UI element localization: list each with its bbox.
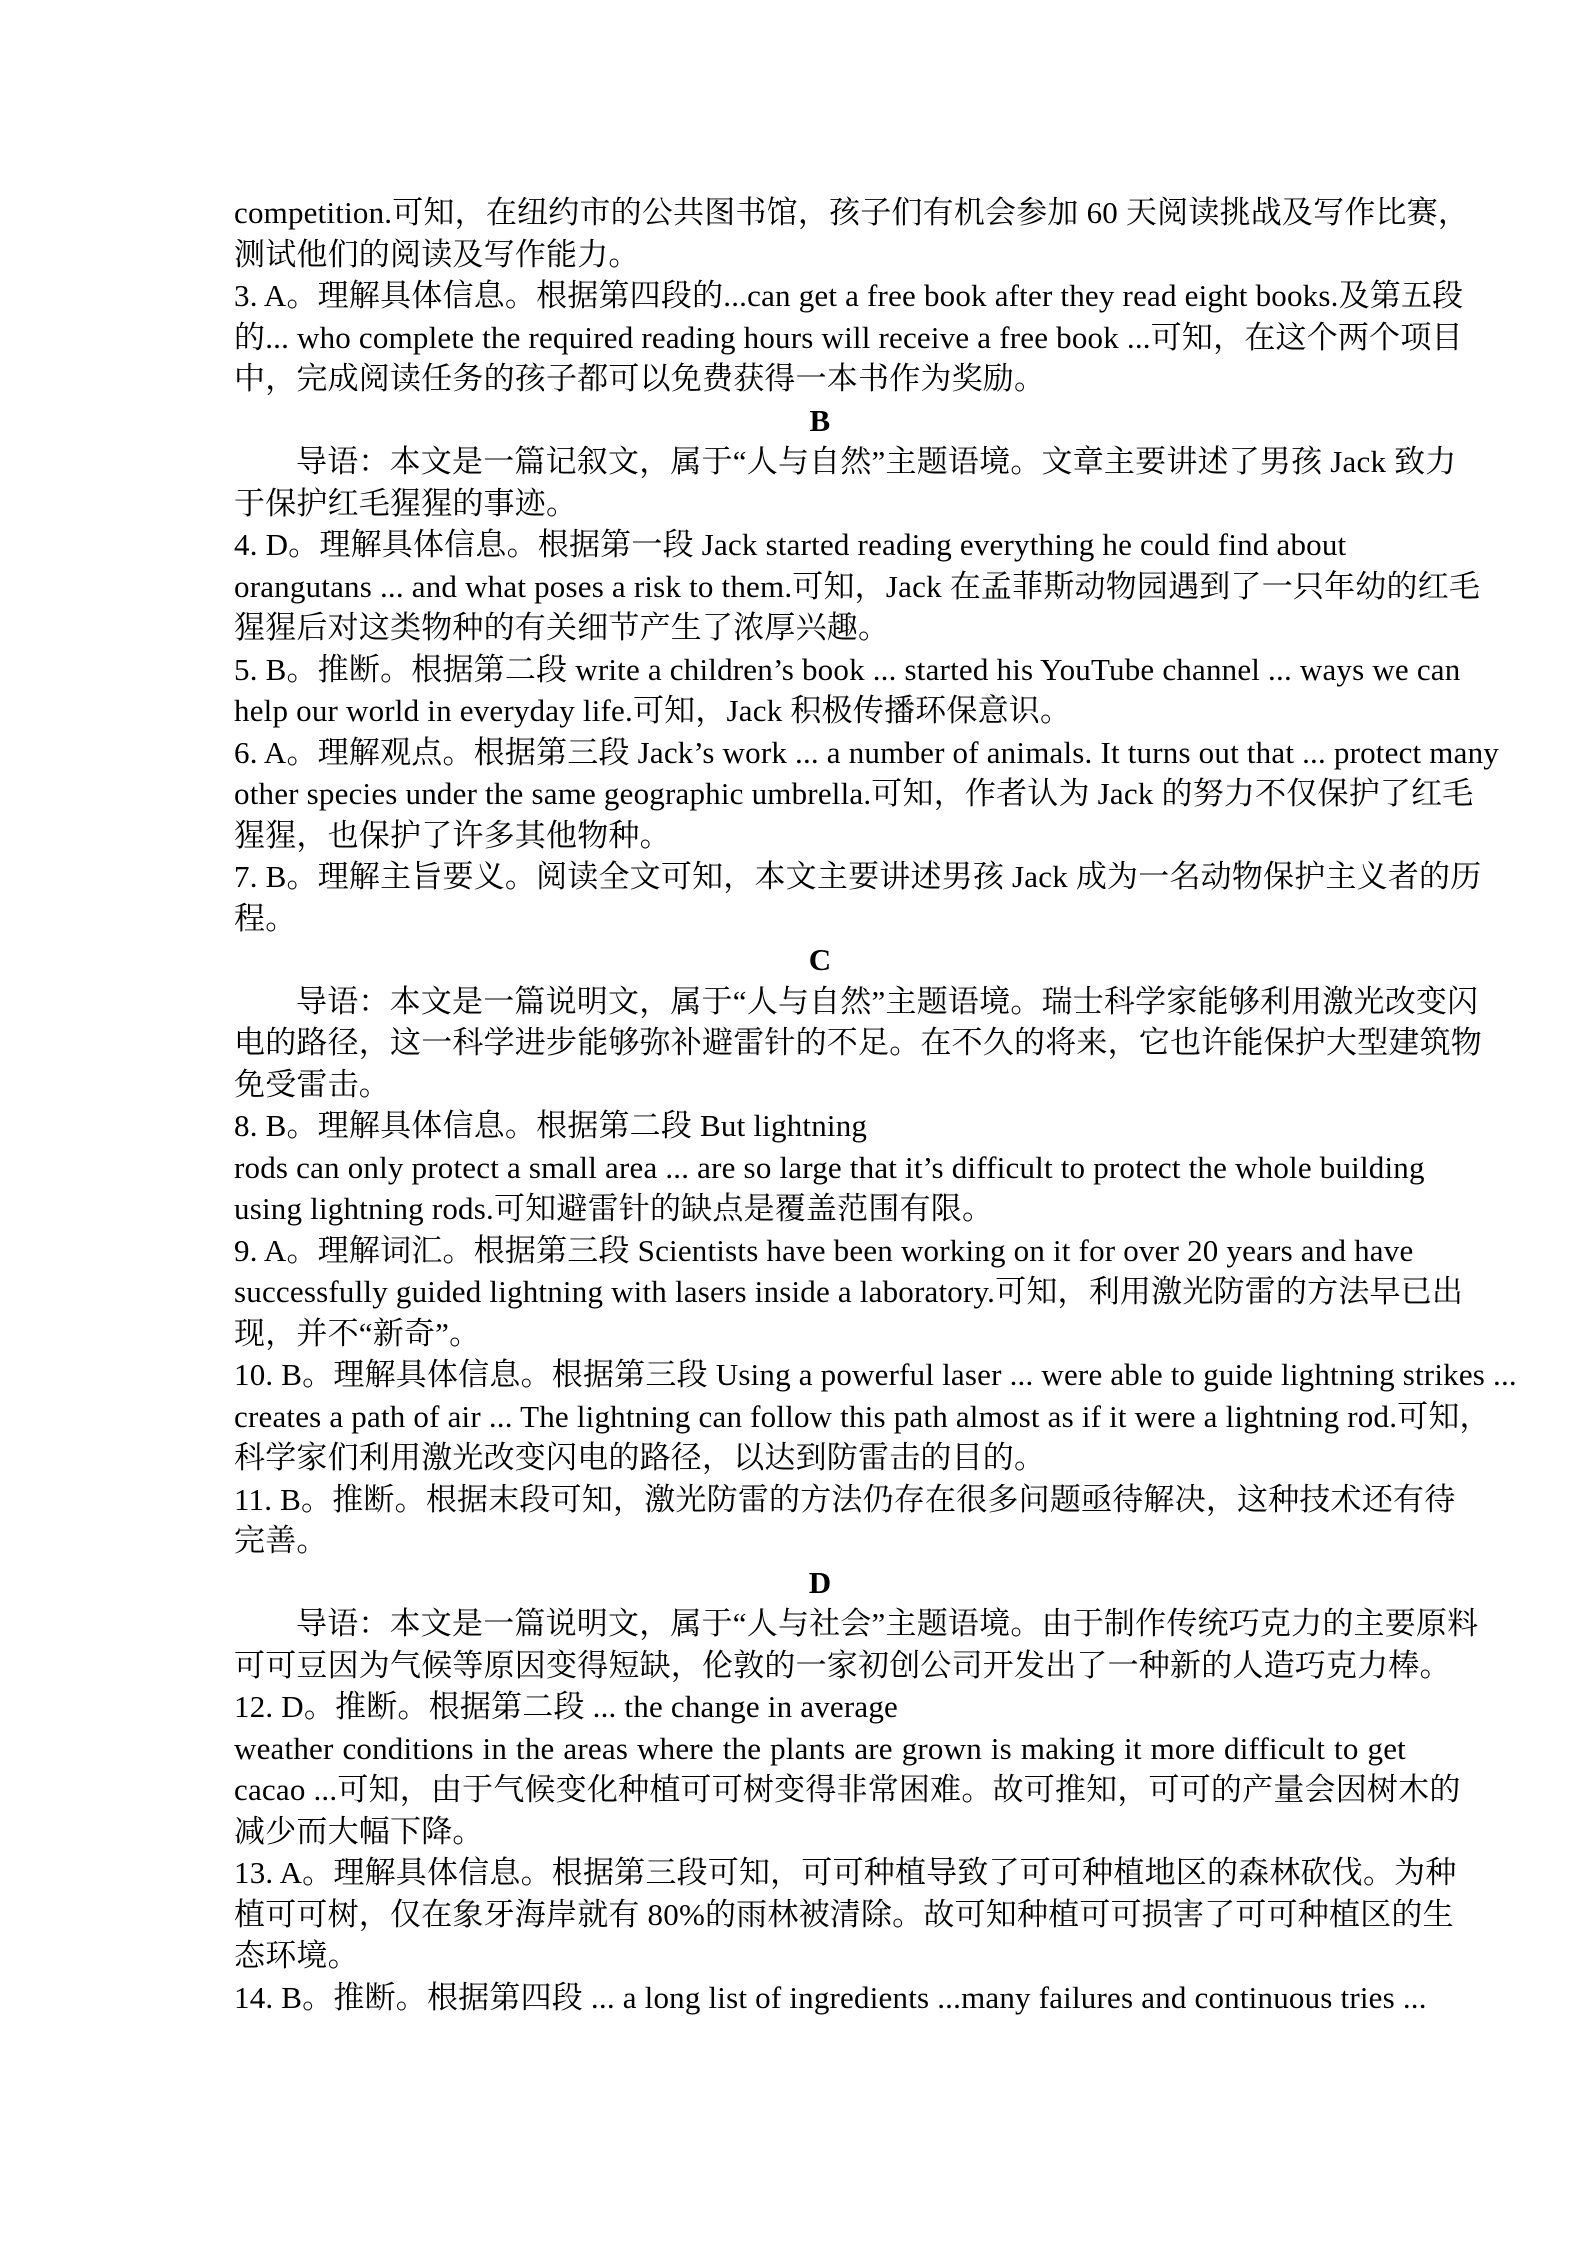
text-line: successfully guided lightning with laser… [234, 1271, 1406, 1313]
text-line: 猩猩，也保护了许多其他物种。 [234, 815, 1406, 857]
text-line: 电的路径，这一科学进步能够弥补避雷针的不足。在不久的将来，它也许能保护大型建筑物 [234, 1022, 1406, 1064]
text-line: using lightning rods.可知避雷针的缺点是覆盖范围有限。 [234, 1188, 1406, 1230]
text-line: 3. A。理解具体信息。根据第四段的...can get a free book… [234, 275, 1406, 317]
text-line: orangutans ... and what poses a risk to … [234, 566, 1406, 608]
text-line: 态环境。 [234, 1935, 1406, 1977]
text-line: help our world in everyday life.可知，Jack … [234, 690, 1406, 732]
text-line: 10. B。理解具体信息。根据第三段 Using a powerful lase… [234, 1354, 1406, 1396]
text-line: 测试他们的阅读及写作能力。 [234, 234, 1406, 276]
text-line: 8. B。理解具体信息。根据第二段 But lightning [234, 1105, 1406, 1147]
text-line: competition.可知，在纽约市的公共图书馆，孩子们有机会参加 60 天阅… [234, 192, 1406, 234]
text-line: creates a path of air ... The lightning … [234, 1396, 1406, 1438]
text-line: rods can only protect a small area ... a… [234, 1147, 1406, 1189]
text-line: 6. A。理解观点。根据第三段 Jack’s work ... a number… [234, 732, 1406, 774]
text-line: 14. B。推断。根据第四段 ... a long list of ingred… [234, 1977, 1406, 2019]
text-line: 7. B。理解主旨要义。阅读全文可知，本文主要讲述男孩 Jack 成为一名动物保… [234, 856, 1406, 898]
text-line: 免受雷击。 [234, 1064, 1406, 1106]
text-line: 的... who complete the required reading h… [234, 317, 1406, 359]
document-body: competition.可知，在纽约市的公共图书馆，孩子们有机会参加 60 天阅… [234, 192, 1406, 2018]
text-line: 猩猩后对这类物种的有关细节产生了浓厚兴趣。 [234, 607, 1406, 649]
text-line: 5. B。推断。根据第二段 write a children’s book ..… [234, 649, 1406, 691]
text-line: 完善。 [234, 1520, 1406, 1562]
text-line: cacao ...可知，由于气候变化种植可可树变得非常困难。故可推知，可可的产量… [234, 1769, 1406, 1811]
text-line: 导语：本文是一篇说明文，属于“人与自然”主题语境。瑞士科学家能够利用激光改变闪 [234, 981, 1406, 1023]
text-line: other species under the same geographic … [234, 773, 1406, 815]
section-heading: D [234, 1562, 1406, 1604]
text-line: 9. A。理解词汇。根据第三段 Scientists have been wor… [234, 1230, 1406, 1272]
text-line: 12. D。推断。根据第二段 ... the change in average [234, 1686, 1406, 1728]
text-line: 减少而大幅下降。 [234, 1811, 1406, 1853]
text-line: 导语：本文是一篇记叙文，属于“人与自然”主题语境。文章主要讲述了男孩 Jack … [234, 441, 1406, 483]
text-line: 于保护红毛猩猩的事迹。 [234, 483, 1406, 525]
text-line: 科学家们利用激光改变闪电的路径，以达到防雷击的目的。 [234, 1437, 1406, 1479]
text-line: 现，并不“新奇”。 [234, 1313, 1406, 1355]
text-line: 11. B。推断。根据末段可知，激光防雷的方法仍存在很多问题亟待解决，这种技术还… [234, 1479, 1406, 1521]
text-line: 13. A。理解具体信息。根据第三段可知，可可种植导致了可可种植地区的森林砍伐。… [234, 1852, 1406, 1894]
text-line: 导语：本文是一篇说明文，属于“人与社会”主题语境。由于制作传统巧克力的主要原料 [234, 1603, 1406, 1645]
text-line: 4. D。理解具体信息。根据第一段 Jack started reading e… [234, 524, 1406, 566]
text-line: 程。 [234, 898, 1406, 940]
section-heading: C [234, 939, 1406, 981]
document-page: competition.可知，在纽约市的公共图书馆，孩子们有机会参加 60 天阅… [0, 0, 1587, 2245]
text-line: 可可豆因为气候等原因变得短缺，伦敦的一家初创公司开发出了一种新的人造巧克力棒。 [234, 1645, 1406, 1687]
text-line: weather conditions in the areas where th… [234, 1728, 1406, 1770]
text-line: 植可可树，仅在象牙海岸就有 80%的雨林被清除。故可知种植可可损害了可可种植区的… [234, 1894, 1406, 1936]
text-line: 中，完成阅读任务的孩子都可以免费获得一本书作为奖励。 [234, 358, 1406, 400]
section-heading: B [234, 400, 1406, 442]
